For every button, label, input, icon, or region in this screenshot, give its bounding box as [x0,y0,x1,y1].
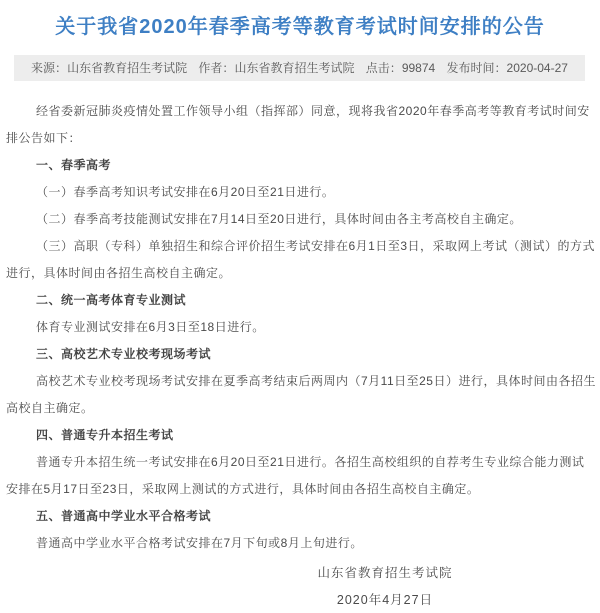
paragraph-1-1: （一）春季高考知识考试安排在6月20日至21日进行。 [6,179,596,206]
meta-publish-time: 发布时间：2020-04-27 [447,61,568,75]
section-heading-2: 二、统一高考体育专业测试 [6,287,596,314]
paragraph-intro: 经省委新冠肺炎疫情处置工作领导小组（指挥部）同意，现将我省2020年春季高考等教… [6,98,596,152]
meta-clicks-value: 99874 [402,61,435,75]
meta-source-label: 来源： [31,61,67,75]
signature-org: 山东省教育招生考试院 [170,560,600,587]
meta-publish-value: 2020-04-27 [507,61,568,75]
meta-publish-label: 发布时间： [447,61,507,75]
section-heading-1: 一、春季高考 [6,152,596,179]
signature-block: 山东省教育招生考试院 2020年4月27日 [170,560,600,613]
signature-date: 2020年4月27日 [170,587,600,613]
meta-author-value: 山东省教育招生考试院 [234,61,354,75]
page-title: 关于我省2020年春季高考等教育考试时间安排的公告 [0,14,600,40]
section-heading-5: 五、普通高中学业水平合格考试 [6,503,596,530]
article-body: 经省委新冠肺炎疫情处置工作领导小组（指挥部）同意，现将我省2020年春季高考等教… [0,98,600,557]
paragraph-1-3: （三）高职（专科）单独招生和综合评价招生考试安排在6月1日至3日，采取网上考试（… [6,233,596,287]
article-meta-bar: 来源：山东省教育招生考试院 作者：山东省教育招生考试院 点击：99874 发布时… [14,55,585,81]
meta-author-label: 作者： [198,61,234,75]
announcement-page: 关于我省2020年春季高考等教育考试时间安排的公告 来源：山东省教育招生考试院 … [0,0,600,613]
paragraph-2-1: 体育专业测试安排在6月3日至18日进行。 [6,314,596,341]
paragraph-1-2: （二）春季高考技能测试安排在7月14日至20日进行，具体时间由各主考高校自主确定… [6,206,596,233]
section-heading-4: 四、普通专升本招生考试 [6,422,596,449]
meta-source-value: 山东省教育招生考试院 [67,61,187,75]
meta-clicks-label: 点击： [366,61,402,75]
meta-clicks: 点击：99874 [366,61,435,75]
section-heading-3: 三、高校艺术专业校考现场考试 [6,341,596,368]
paragraph-4-1: 普通专升本招生统一考试安排在6月20日至21日进行。各招生高校组织的自荐考生专业… [6,449,596,503]
paragraph-5-1: 普通高中学业水平合格考试安排在7月下旬或8月上旬进行。 [6,530,596,557]
paragraph-3-1: 高校艺术专业校考现场考试安排在夏季高考结束后两周内（7月11日至25日）进行，具… [6,368,596,422]
page-header: 关于我省2020年春季高考等教育考试时间安排的公告 [0,0,600,40]
meta-source: 来源：山东省教育招生考试院 [31,61,187,75]
meta-author: 作者：山东省教育招生考试院 [198,61,354,75]
